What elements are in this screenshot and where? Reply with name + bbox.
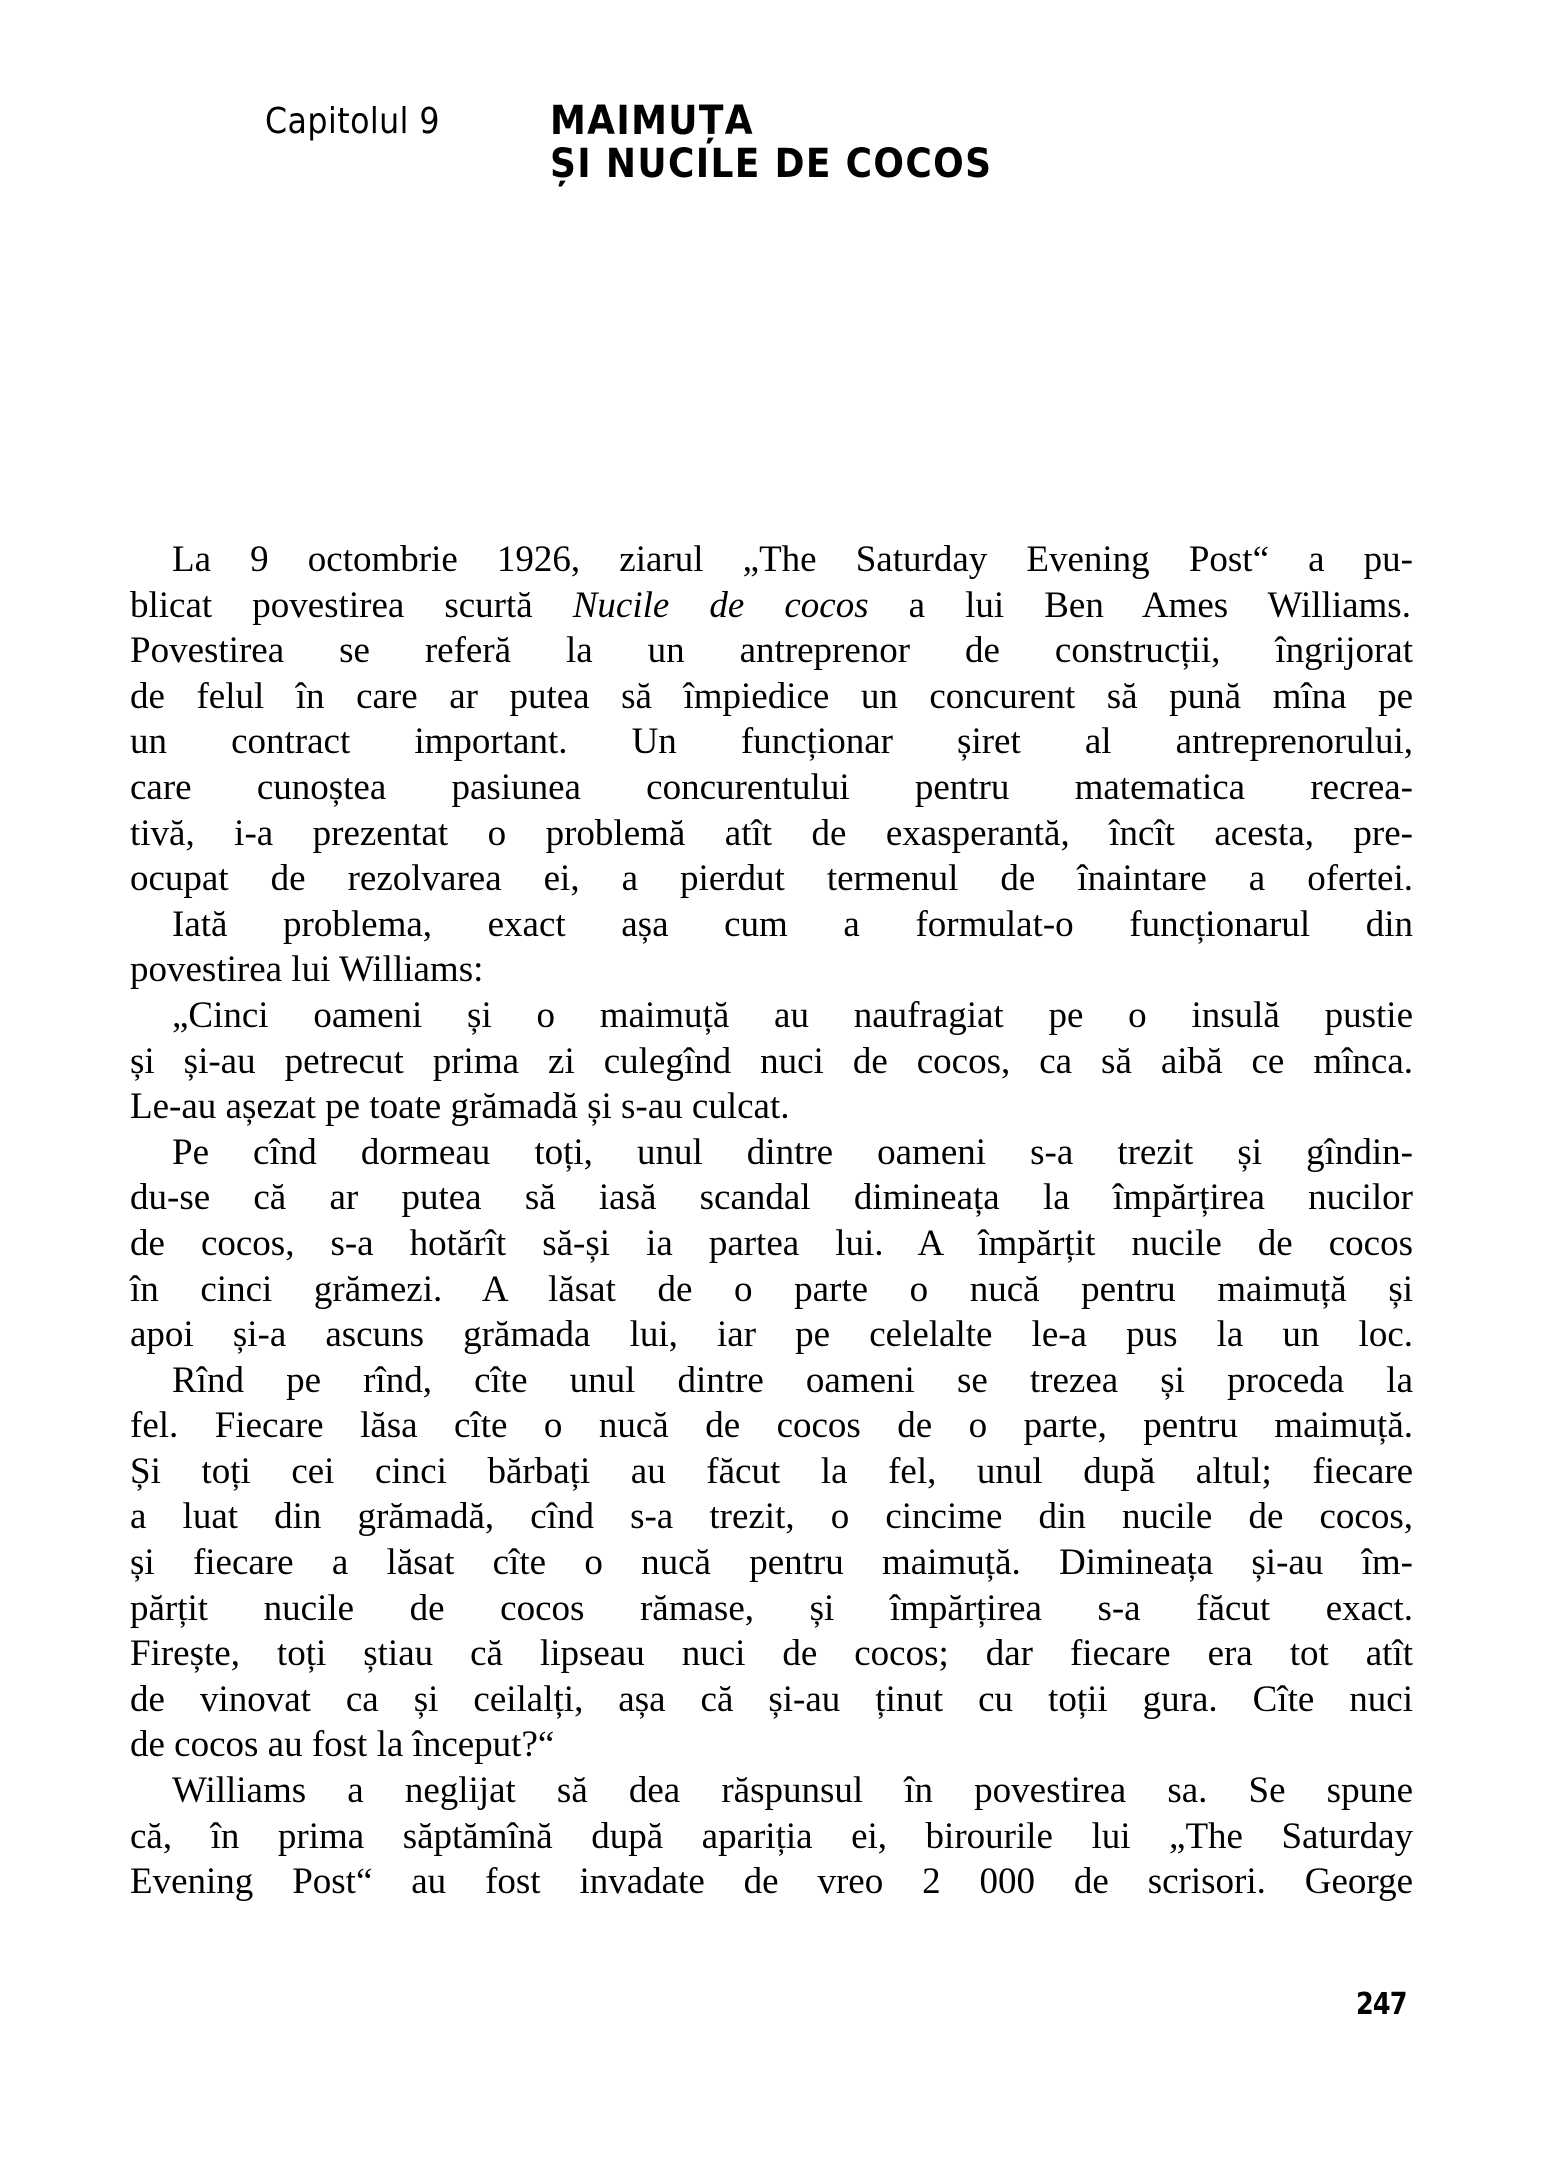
text-line: du-se că ar putea să iasă scandal dimine…	[130, 1175, 1413, 1221]
text-line: de cocos, s-a hotărît să-și ia partea lu…	[130, 1221, 1413, 1267]
chapter-title-line-2: ȘI NUCILE DE COCOS	[550, 143, 992, 186]
chapter-title-line-1: MAIMUȚA	[550, 100, 992, 143]
text-line: că, în prima săptămînă după apariția ei,…	[130, 1814, 1413, 1860]
text-line: a luat din grămadă, cînd s-a trezit, o c…	[130, 1494, 1413, 1540]
body-text: La 9 octombrie 1926, ziarul „The Saturda…	[130, 537, 1413, 1905]
text-line: Williams a neglijat să dea răspunsul în …	[130, 1768, 1413, 1814]
chapter-title: MAIMUȚA ȘI NUCILE DE COCOS	[550, 100, 992, 186]
text-line: Le-au așezat pe toate grămadă și s-au cu…	[130, 1084, 1413, 1130]
chapter-label: Capitolul 9	[265, 100, 440, 144]
text-line: Și toți cei cinci bărbați au făcut la fe…	[130, 1449, 1413, 1495]
text-line: părțit nucile de cocos rămase, și împărț…	[130, 1586, 1413, 1632]
text-line: Iată problema, exact așa cum a formulat-…	[130, 902, 1413, 948]
text-line: Pe cînd dormeau toți, unul dintre oameni…	[130, 1130, 1413, 1176]
text-line: ocupat de rezolvarea ei, a pierdut terme…	[130, 856, 1413, 902]
text-line: de vinovat ca și ceilalți, așa că și-au …	[130, 1677, 1413, 1723]
text-line: un contract important. Un funcționar șir…	[130, 719, 1413, 765]
text-line: de felul în care ar putea să împiedice u…	[130, 674, 1413, 720]
text-line: Povestirea se referă la un antreprenor d…	[130, 628, 1413, 674]
text-line: blicat povestirea scurtă Nucile de cocos…	[130, 583, 1413, 629]
text-line: apoi și-a ascuns grămada lui, iar pe cel…	[130, 1312, 1413, 1358]
text-line: de cocos au fost la început?“	[130, 1722, 1413, 1768]
text-line: Rînd pe rînd, cîte unul dintre oameni se…	[130, 1358, 1413, 1404]
italic-title: Nucile de cocos	[573, 585, 869, 626]
text-line: tivă, i-a prezentat o problemă atît de e…	[130, 811, 1413, 857]
text-line: „Cinci oameni și o maimuță au naufragiat…	[130, 993, 1413, 1039]
text-line: în cinci grămezi. A lăsat de o parte o n…	[130, 1267, 1413, 1313]
text-line: care cunoștea pasiunea concurentului pen…	[130, 765, 1413, 811]
text-line: și fiecare a lăsat cîte o nucă pentru ma…	[130, 1540, 1413, 1586]
text-line: și și-au petrecut prima zi culegînd nuci…	[130, 1039, 1413, 1085]
page-number: 247	[1356, 1988, 1407, 2022]
text-segment: blicat povestirea scurtă	[130, 585, 573, 626]
text-line: La 9 octombrie 1926, ziarul „The Saturda…	[130, 537, 1413, 583]
text-line: Firește, toți știau că lipseau nuci de c…	[130, 1631, 1413, 1677]
text-line: povestirea lui Williams:	[130, 947, 1413, 993]
text-line: Evening Post“ au fost invadate de vreo 2…	[130, 1859, 1413, 1905]
text-line: fel. Fiecare lăsa cîte o nucă de cocos d…	[130, 1403, 1413, 1449]
text-segment: a lui Ben Ames Williams.	[869, 585, 1411, 626]
